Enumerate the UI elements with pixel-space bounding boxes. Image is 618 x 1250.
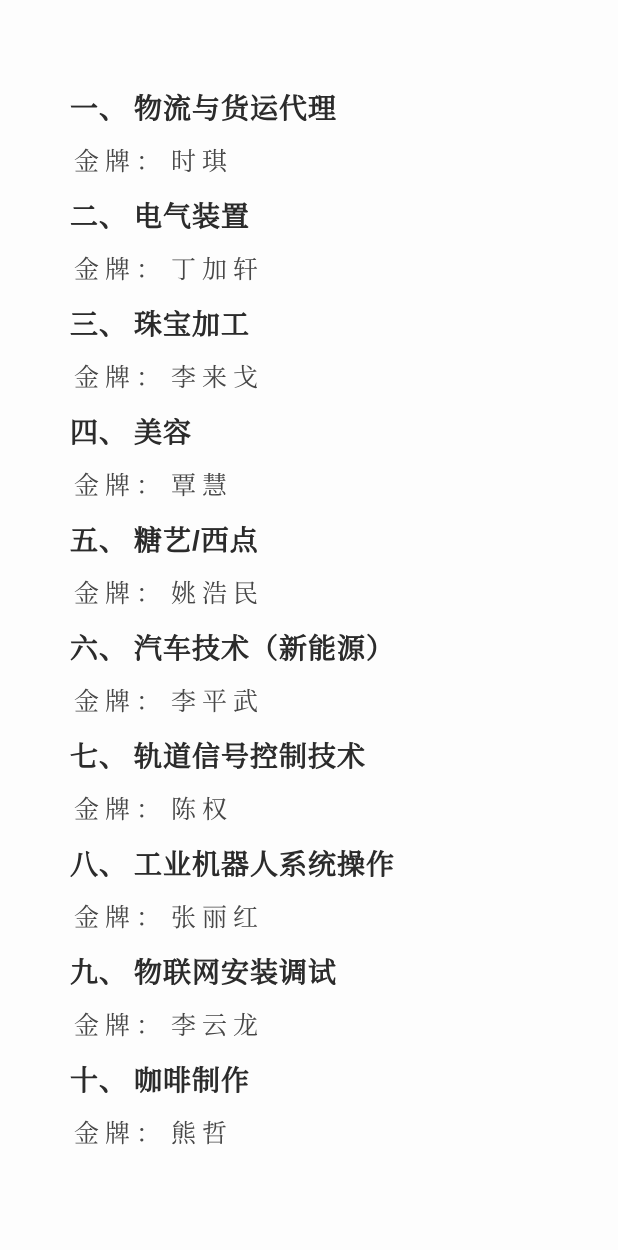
award-section: 七、轨道信号控制技术 金牌：陈权 [0,741,618,827]
section-heading: 十、咖啡制作 [70,1065,618,1097]
section-heading: 一、物流与货运代理 [70,93,618,125]
award-section: 四、美容 金牌：覃慧 [0,417,618,503]
section-title: 珠宝加工 [134,309,250,340]
section-title: 糖艺/西点 [134,525,259,556]
section-title: 物流与货运代理 [134,93,337,124]
section-number: 二、 [70,201,128,232]
gold-label: 金牌： [74,1121,167,1148]
section-number: 八、 [70,849,128,880]
gold-winner-line: 金牌：李平武 [74,687,618,719]
winner-name: 李平武 [171,689,264,716]
award-section: 五、糖艺/西点 金牌：姚浩民 [0,525,618,611]
gold-label: 金牌： [74,689,167,716]
section-number: 一、 [70,93,128,124]
winner-name: 丁加轩 [171,257,264,284]
gold-winner-line: 金牌：熊哲 [74,1119,618,1151]
section-heading: 六、汽车技术（新能源） [70,633,618,665]
award-section: 九、物联网安装调试 金牌：李云龙 [0,957,618,1043]
gold-winner-line: 金牌：李来戈 [74,363,618,395]
gold-label: 金牌： [74,1013,167,1040]
winner-name: 姚浩民 [171,581,264,608]
section-number: 三、 [70,309,128,340]
section-heading: 四、美容 [70,417,618,449]
winner-name: 陈权 [171,797,233,824]
winner-name: 李来戈 [171,365,264,392]
gold-winner-line: 金牌：李云龙 [74,1011,618,1043]
gold-label: 金牌： [74,149,167,176]
section-title: 电气装置 [134,201,250,232]
section-heading: 二、电气装置 [70,201,618,233]
section-number: 九、 [70,957,128,988]
section-title: 物联网安装调试 [134,957,337,988]
gold-winner-line: 金牌：姚浩民 [74,579,618,611]
section-title: 轨道信号控制技术 [134,741,366,772]
gold-label: 金牌： [74,797,167,824]
gold-label: 金牌： [74,257,167,284]
gold-winner-line: 金牌：覃慧 [74,471,618,503]
document-page: 一、物流与货运代理 金牌：时琪 二、电气装置 金牌：丁加轩 三、珠宝加工 金牌：… [0,0,618,1250]
section-heading: 九、物联网安装调试 [70,957,618,989]
award-section: 二、电气装置 金牌：丁加轩 [0,201,618,287]
award-section: 三、珠宝加工 金牌：李来戈 [0,309,618,395]
section-heading: 八、工业机器人系统操作 [70,849,618,881]
winner-name: 熊哲 [171,1121,233,1148]
winner-name: 时琪 [171,149,233,176]
winner-name: 李云龙 [171,1013,264,1040]
section-heading: 三、珠宝加工 [70,309,618,341]
gold-label: 金牌： [74,473,167,500]
gold-winner-line: 金牌：陈权 [74,795,618,827]
gold-label: 金牌： [74,581,167,608]
winner-name: 张丽红 [171,905,264,932]
winner-name: 覃慧 [171,473,233,500]
section-heading: 五、糖艺/西点 [70,525,618,557]
section-title: 美容 [134,417,192,448]
gold-winner-line: 金牌：丁加轩 [74,255,618,287]
award-section: 八、工业机器人系统操作 金牌：张丽红 [0,849,618,935]
gold-winner-line: 金牌：张丽红 [74,903,618,935]
award-section: 十、咖啡制作 金牌：熊哲 [0,1065,618,1151]
award-list: 一、物流与货运代理 金牌：时琪 二、电气装置 金牌：丁加轩 三、珠宝加工 金牌：… [0,0,618,1151]
section-number: 五、 [70,525,128,556]
award-section: 一、物流与货运代理 金牌：时琪 [0,93,618,179]
gold-winner-line: 金牌：时琪 [74,147,618,179]
gold-label: 金牌： [74,365,167,392]
section-number: 七、 [70,741,128,772]
section-number: 十、 [70,1065,128,1096]
section-number: 四、 [70,417,128,448]
section-title: 工业机器人系统操作 [134,849,395,880]
section-title: 汽车技术（新能源） [134,633,395,664]
award-section: 六、汽车技术（新能源） 金牌：李平武 [0,633,618,719]
section-heading: 七、轨道信号控制技术 [70,741,618,773]
gold-label: 金牌： [74,905,167,932]
section-title: 咖啡制作 [134,1065,250,1096]
section-number: 六、 [70,633,128,664]
